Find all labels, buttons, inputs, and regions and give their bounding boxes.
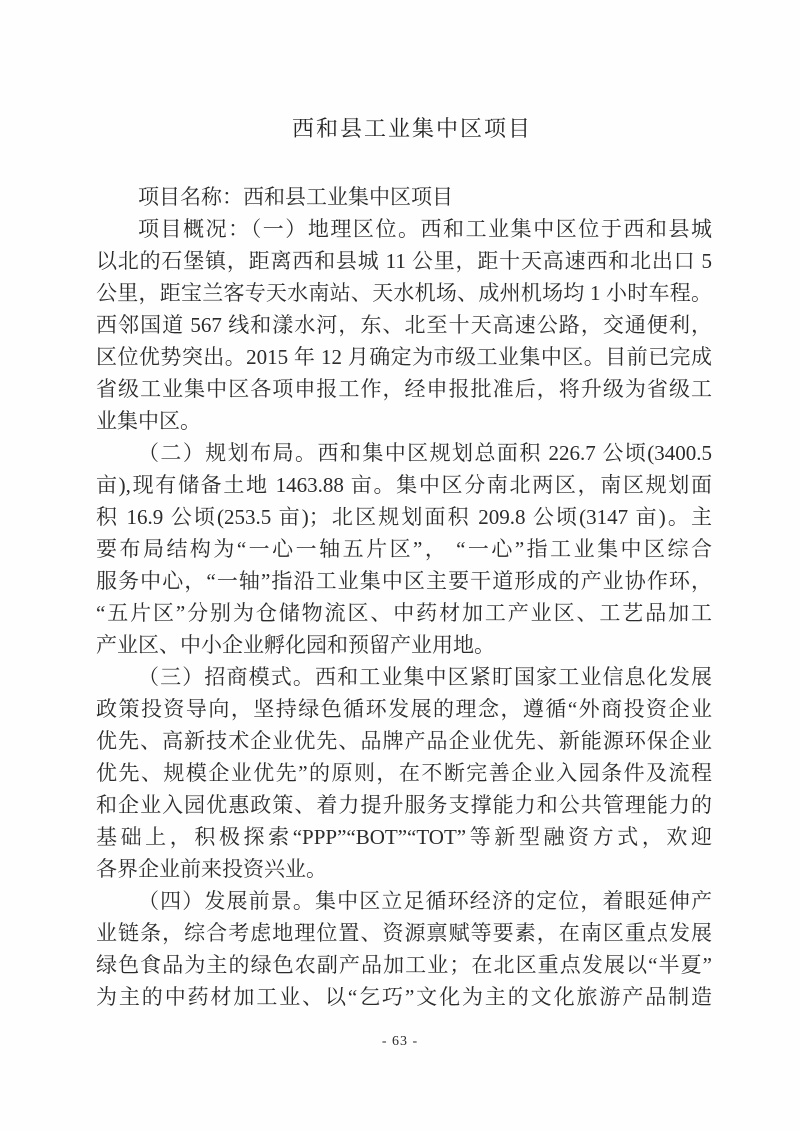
body-line: 以北的石堡镇，距离西和县城 11 公里，距十天高速西和北出口 5 [96,245,712,277]
paragraph-development-prospects: （四）发展前景。集中区立足循环经济的定位，着眼延伸产 业链条，综合考虑地理位置、… [96,885,712,1013]
body-line: 业链条，综合考虑地理位置、资源禀赋等要素，在南区重点发展 [96,917,712,949]
body-line: 业集中区。 [96,405,712,437]
body-line: 项目名称：西和县工业集中区项目 [96,181,712,213]
body-line: 绿色食品为主的绿色农副产品加工业；在北区重点发展以“半夏” [96,949,712,981]
document-page: 西和县工业集中区项目 项目名称：西和县工业集中区项目 项目概况：（一）地理区位。… [0,0,800,1131]
document-body: 项目名称：西和县工业集中区项目 项目概况：（一）地理区位。西和工业集中区位于西和… [96,181,712,1013]
body-line: 各界企业前来投资兴业。 [96,853,712,885]
document-title: 西和县工业集中区项目 [104,117,720,141]
body-line: 政策投资导向，坚持绿色循环发展的理念，遵循“外商投资企业 [96,693,712,725]
body-line: 优先、高新技术企业优先、品牌产品企业优先、新能源环保企业 [96,725,712,757]
body-line: （二）规划布局。西和集中区规划总面积 226.7 公顷(3400.5 [96,437,712,469]
paragraph-overview-geography: 项目概况：（一）地理区位。西和工业集中区位于西和县城 以北的石堡镇，距离西和县城… [96,213,712,437]
body-line: 积 16.9 公顷(253.5 亩)；北区规划面积 209.8 公顷(3147 … [96,501,712,533]
body-line: 和企业入园优惠政策、着力提升服务支撑能力和公共管理能力的 [96,789,712,821]
body-line: “五片区”分别为仓储物流区、中药材加工产业区、工艺品加工 [96,597,712,629]
body-line: 产业区、中小企业孵化园和预留产业用地。 [96,629,712,661]
body-line: 西邻国道 567 线和漾水河，东、北至十天高速公路，交通便利， [96,309,712,341]
body-line: 为主的中药材加工业、以“乞巧”文化为主的文化旅游产品制造 [96,981,712,1013]
paragraph-planning-layout: （二）规划布局。西和集中区规划总面积 226.7 公顷(3400.5 亩),现有… [96,437,712,661]
body-line: 优先、规模企业优先”的原则，在不断完善企业入园条件及流程 [96,757,712,789]
body-line: 服务中心，“一轴”指沿工业集中区主要干道形成的产业协作环， [96,565,712,597]
body-line: 区位优势突出。2015 年 12 月确定为市级工业集中区。目前已完成 [96,341,712,373]
paragraph-investment-model: （三）招商模式。西和工业集中区紧盯国家工业信息化发展 政策投资导向，坚持绿色循环… [96,661,712,885]
page-number: - 63 - [0,1034,800,1050]
body-line: （三）招商模式。西和工业集中区紧盯国家工业信息化发展 [96,661,712,693]
body-line: （四）发展前景。集中区立足循环经济的定位，着眼延伸产 [96,885,712,917]
body-line: 要布局结构为“一心一轴五片区”， “一心”指工业集中区综合 [96,533,712,565]
body-line: 省级工业集中区各项申报工作，经申报批准后，将升级为省级工 [96,373,712,405]
body-line: 项目概况：（一）地理区位。西和工业集中区位于西和县城 [96,213,712,245]
paragraph-project-name: 项目名称：西和县工业集中区项目 [96,181,712,213]
body-line: 亩),现有储备土地 1463.88 亩。集中区分南北两区，南区规划面 [96,469,712,501]
body-line: 公里，距宝兰客专天水南站、天水机场、成州机场均 1 小时车程。 [96,277,712,309]
body-line: 基础上，积极探索“PPP”“BOT”“TOT”等新型融资方式，欢迎 [96,821,712,853]
